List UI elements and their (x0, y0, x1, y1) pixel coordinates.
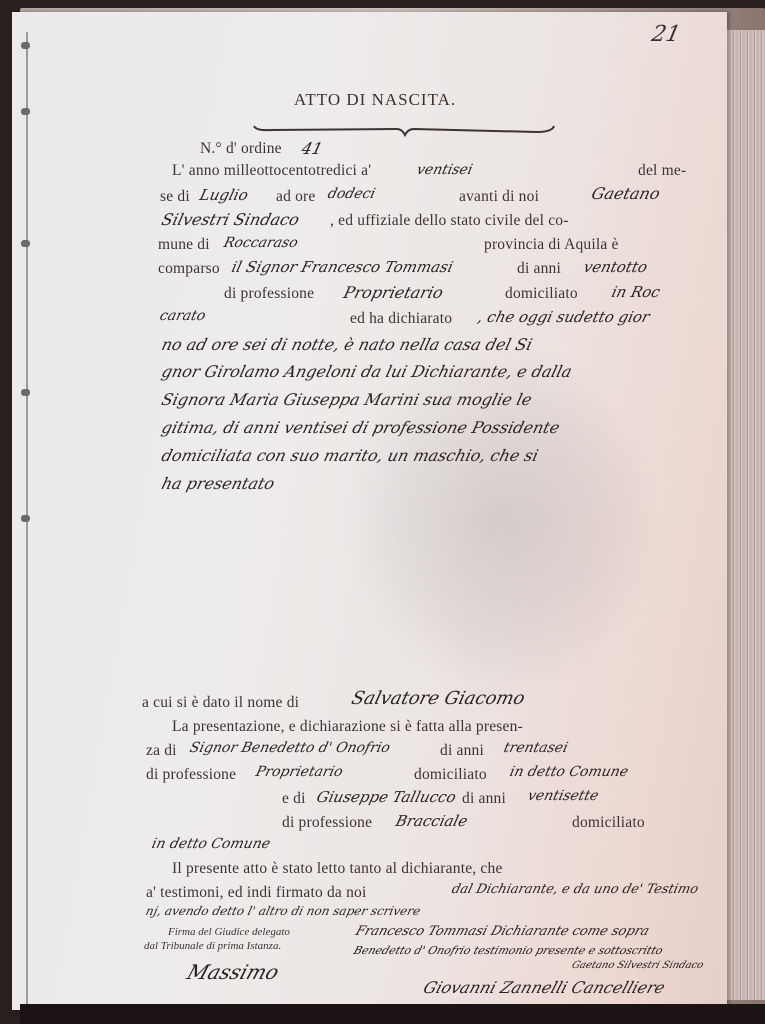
hand-declarant: il Signor Francesco Tommasi (230, 258, 455, 276)
line-mese: del me- (638, 162, 686, 180)
order-label: N.° d' ordine (200, 140, 282, 158)
hand-closing-3: nj, avendo detto l' altro di non saper s… (144, 904, 422, 918)
decorative-brace-icon (252, 124, 557, 138)
folio-number: 21 (649, 22, 682, 47)
hand-declaration-3: gnor Girolamo Angeloni da lui Dichiarant… (160, 362, 574, 381)
hand-witness1-domicile: in detto Comune (508, 764, 630, 780)
hand-official-last: Silvestri Sindaco (160, 210, 302, 229)
hand-closing-2: dal Dichiarante, e da uno de' Testimo (450, 882, 700, 897)
hand-declaration-1: , che oggi sudetto gior (476, 308, 652, 326)
line-year: L' anno milleottocentotredici a' (172, 162, 371, 180)
page-edges (727, 30, 765, 1000)
line-province: provincia di Aquila è (484, 236, 619, 254)
line-month-label: se di (160, 188, 190, 206)
hand-official-first: Gaetano (590, 184, 662, 203)
hand-witness1-age: trentasei (502, 740, 570, 756)
hand-declaration-6: domiciliata con suo marito, un maschio, … (160, 446, 541, 465)
line-witness2-domicile-label: domiciliato (572, 814, 645, 832)
line-witness1-age-label: di anni (440, 742, 484, 760)
hand-witness2-age: ventisette (526, 788, 600, 804)
line-civil-status: , ed uffiziale dello stato civile del co… (330, 212, 569, 230)
binding-stitch (21, 108, 30, 115)
line-comune-label: mune di (158, 236, 210, 254)
line-witness1-profession-label: di professione (146, 766, 236, 784)
hand-witness2-domicile: in detto Comune (150, 836, 272, 852)
hand-domicile-b: carato (158, 308, 207, 324)
signature-mayor: Gaetano Silvestri Sindaco (570, 960, 705, 971)
hand-child-name: Salvatore Giacomo (349, 688, 527, 709)
line-domicile-label: domiciliato (505, 285, 578, 303)
ledger-bottom-shadow (20, 1004, 765, 1024)
hand-domicile-a: in Roc (610, 283, 662, 301)
order-number: 41 (300, 139, 325, 158)
line-closing-1: Il presente atto è stato letto tanto al … (172, 860, 503, 878)
binding-stitch (21, 389, 30, 396)
judge-label-2: dal Tribunale di prima Istanza. (144, 940, 281, 952)
hand-comune: Roccaraso (222, 235, 300, 251)
line-witness1-domicile-label: domiciliato (414, 766, 487, 784)
line-profession-label: di professione (224, 285, 314, 303)
document-page: 21 ATTO DI NASCITA. N.° d' ordine 41 L' … (12, 12, 727, 1010)
binding-stitch (21, 515, 30, 522)
line-declared: ed ha dichiarato (350, 310, 452, 328)
hand-day: ventisei (415, 162, 474, 178)
hand-declaration-2: no ad ore sei di notte, è nato nella cas… (160, 335, 535, 354)
hand-declaration-4: Signora Maria Giuseppa Marini sua moglie… (160, 390, 534, 409)
signature-declarant: Francesco Tommasi Dichiarante come sopra (354, 924, 652, 939)
line-closing-2: a' testimoni, ed indi firmato da noi (146, 884, 367, 902)
line-witness1-label: za di (146, 742, 177, 760)
line-hour-label: ad ore (276, 188, 316, 206)
hand-witness2-profession: Bracciale (394, 812, 470, 830)
line-age-label: di anni (517, 260, 561, 278)
line-witness2-label: e di (282, 790, 306, 808)
hand-declarant-age: ventotto (582, 258, 650, 276)
signature-witness: Benedetto d' Onofrio testimonio presente… (352, 944, 665, 957)
line-witness2-age-label: di anni (462, 790, 506, 808)
hand-profession: Proprietario (342, 283, 446, 302)
line-witness2-profession-label: di professione (282, 814, 372, 832)
hand-month: Luglio (198, 186, 250, 204)
line-before-us: avanti di noi (459, 188, 539, 206)
hand-hour: dodeci (326, 186, 377, 202)
judge-label-1: Firma del Giudice delegato (168, 926, 290, 938)
hand-witness2-name: Giuseppe Tallucco (315, 788, 458, 806)
binding-stitch (21, 42, 30, 49)
line-comparso: comparso (158, 260, 220, 278)
binding-stitch (21, 240, 30, 247)
hand-declaration-7: ha presentato (160, 474, 277, 493)
hand-witness1-profession: Proprietario (254, 764, 345, 780)
signature-judge: Massimo (184, 960, 282, 984)
hand-declaration-5: gitima, di anni ventisei di professione … (160, 418, 562, 437)
hand-witness1-name: Signor Benedetto d' Onofrio (188, 740, 392, 756)
signature-chancellor: Giovanni Zannelli Cancelliere (421, 978, 668, 997)
binding-spine (26, 32, 28, 1017)
document-title: ATTO DI NASCITA. (294, 90, 456, 110)
line-witness-intro: La presentazione, e dichiarazione si è f… (172, 718, 523, 736)
line-naming: a cui si è dato il nome di (142, 694, 299, 712)
